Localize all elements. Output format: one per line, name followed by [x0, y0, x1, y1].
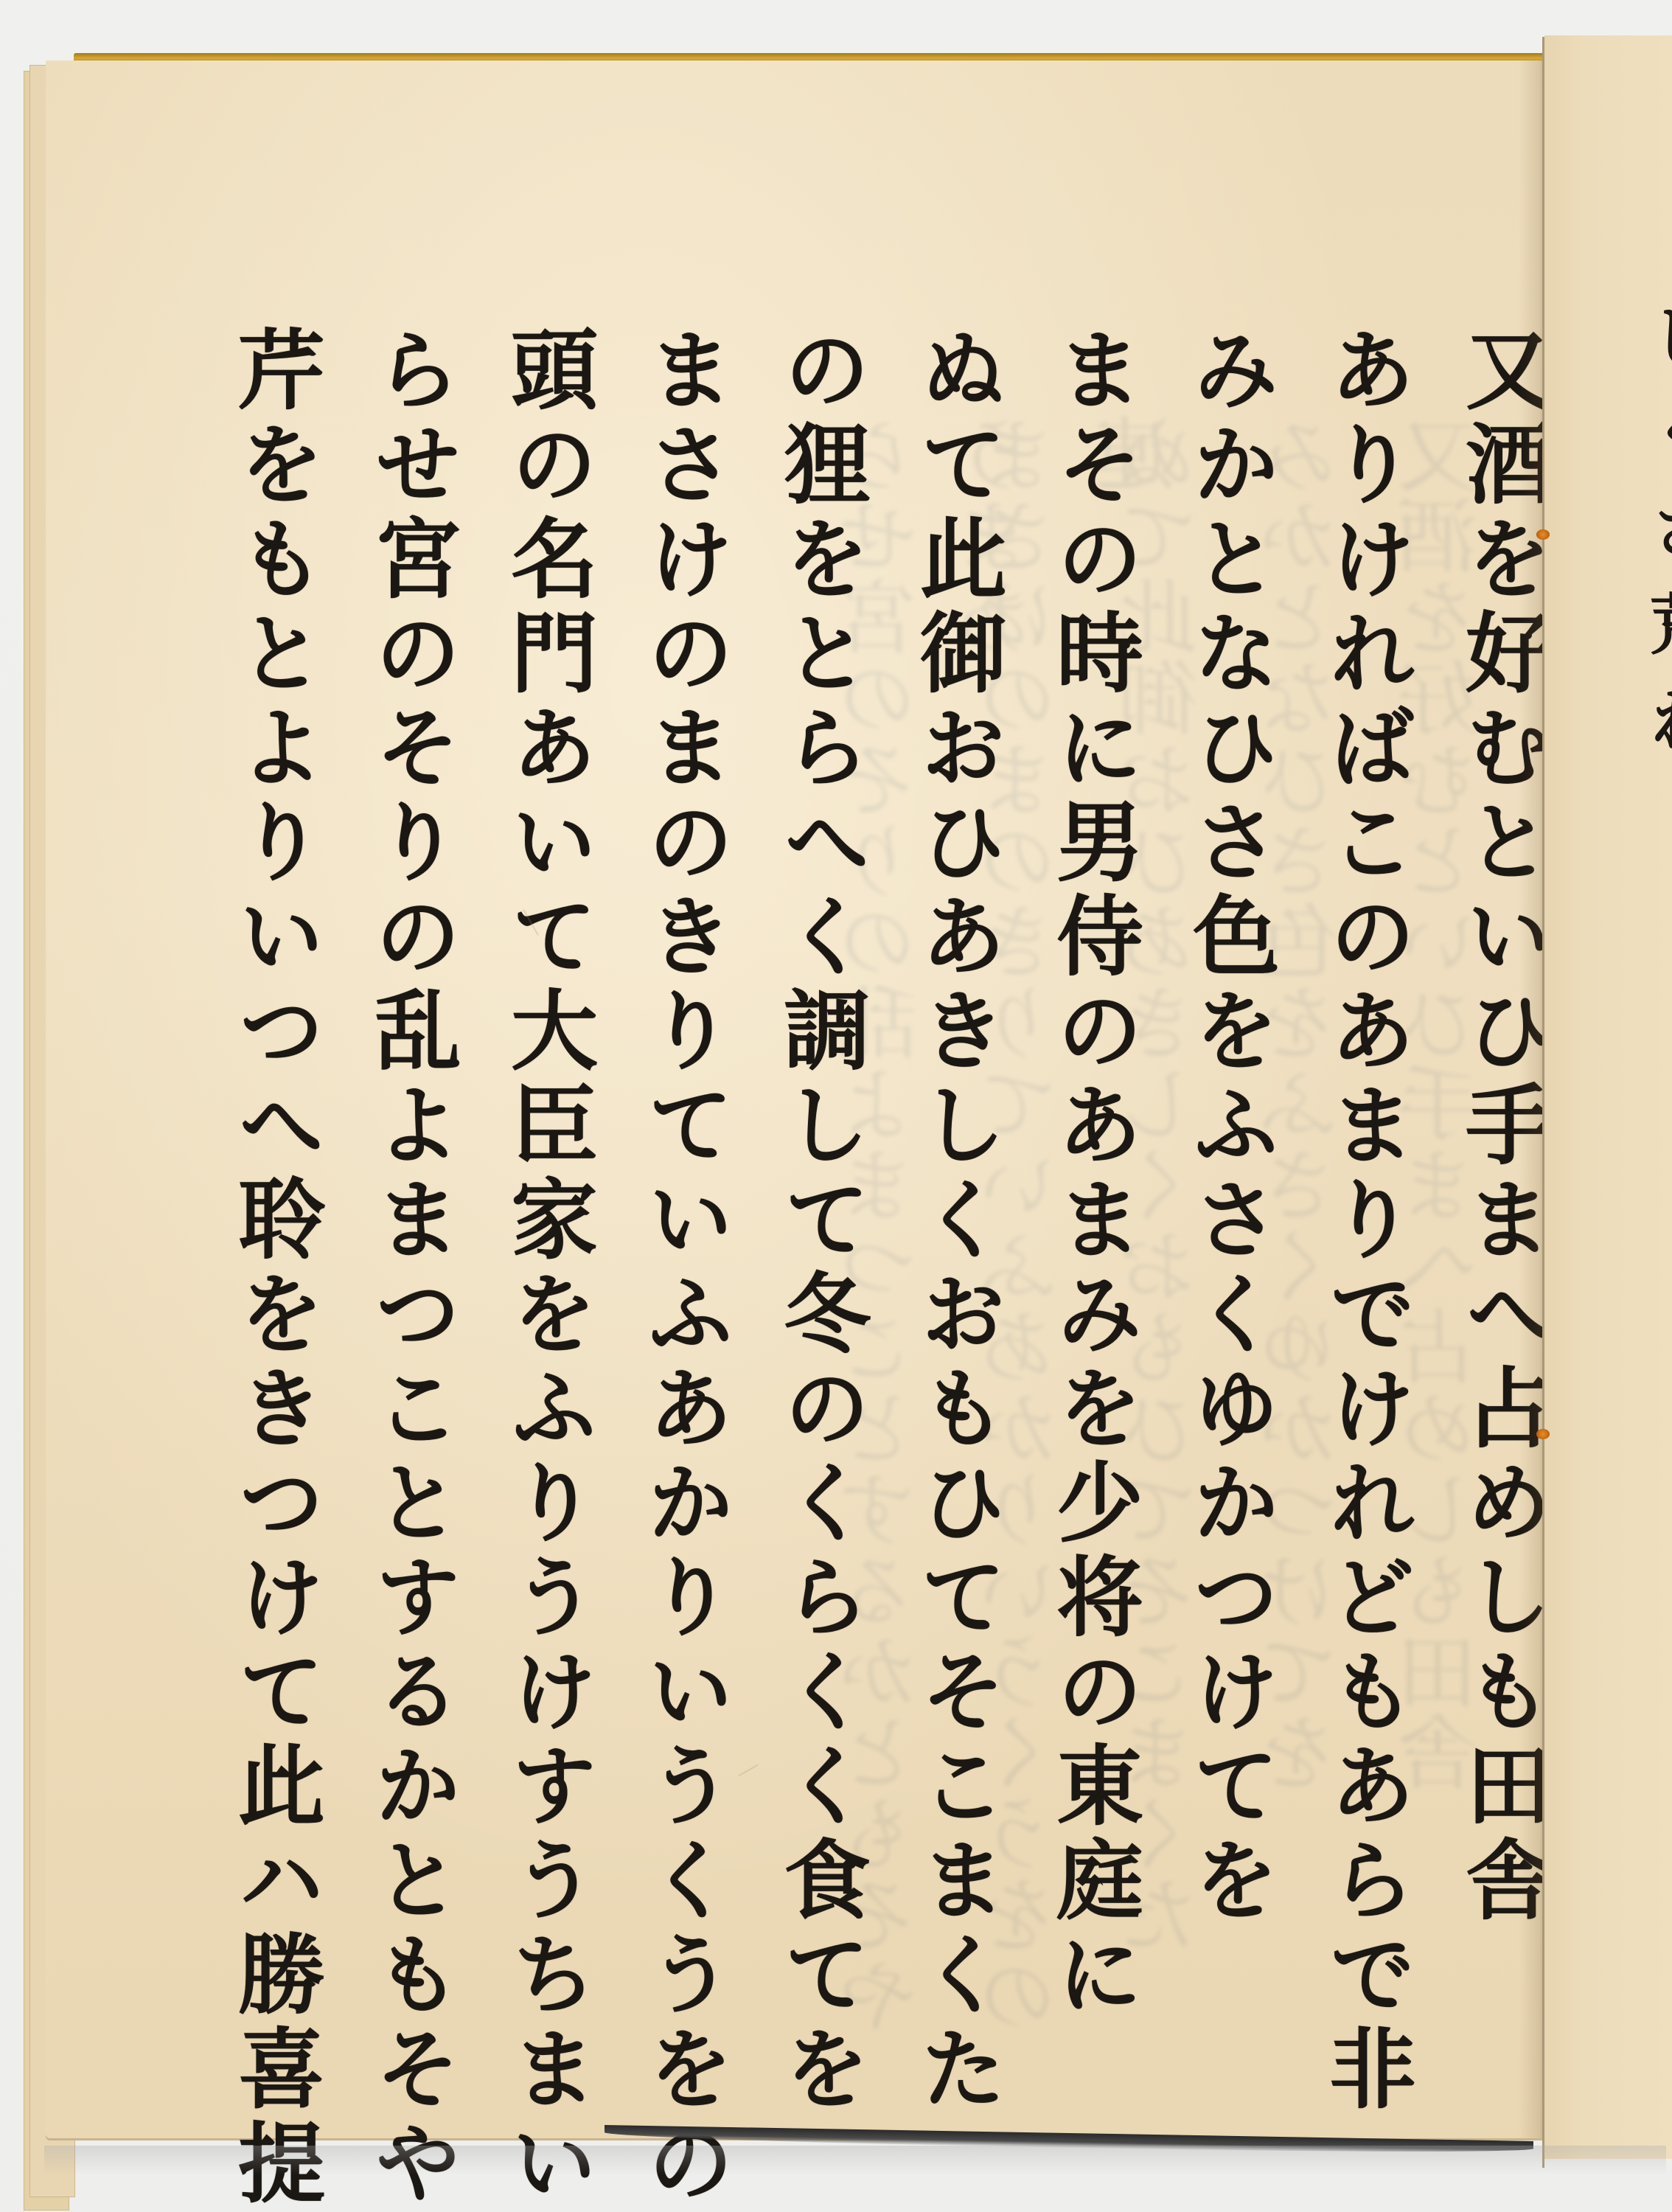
right-page-partial-text: しくさ荒ね	[1640, 302, 1672, 782]
text-column-7: まさけのまのきりていふあかりいうくうをの連	[616, 324, 752, 2079]
table-shadow	[44, 2146, 1666, 2175]
text-column-5: ぬて此御おひあきしくおもひてそこまくた	[888, 324, 1025, 2079]
text-column-3: みかとなひさ色をふさくゆかつけてを	[1161, 324, 1297, 2079]
page-fold-line	[1542, 37, 1544, 2168]
text-column-6: の狸をとらへく調して冬のくらくく食てを	[752, 324, 888, 2079]
text-column-9: らせ宮のそりの乱よまつことするかともそやうまあ	[343, 324, 479, 2079]
text-column-8: 頭の名門あいて大臣家をふりうけすうちまい	[479, 324, 616, 2079]
text-column-10: 芹をもとよりいつへ聆をきつけて此ハ勝喜提院が	[206, 324, 343, 2079]
manuscript-text: 又酒を好むといひ手まへ占めしも田舎 ありければこのあまりでけれどもあらで非 みか…	[184, 324, 1570, 2079]
text-column-2: ありければこのあまりでけれどもあらで非	[1297, 324, 1434, 2079]
text-column-4: まその時に男侍のあまみを少将の東庭に	[1025, 324, 1161, 2079]
photo-scene: 又酒を好むといひ手まへ占めしも田舎 みかとなひさ色をふさくゆかつけてを ぬて此御…	[0, 0, 1672, 2212]
binding-thread-knot	[1536, 1429, 1550, 1439]
binding-thread-knot	[1536, 529, 1550, 540]
